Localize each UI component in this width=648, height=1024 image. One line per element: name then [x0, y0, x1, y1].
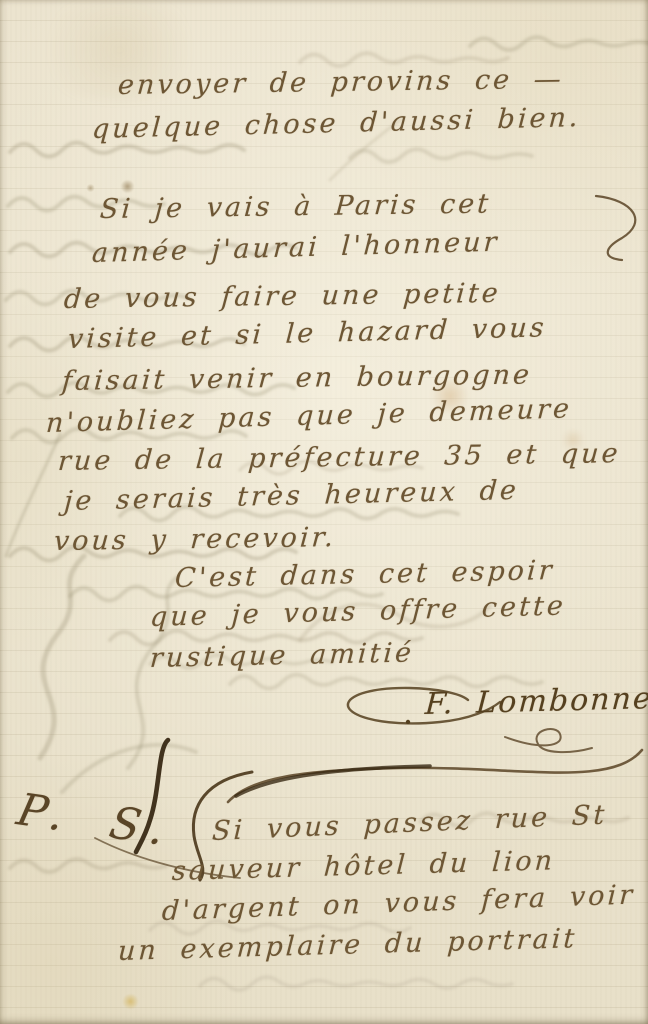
small-stain [86, 184, 95, 192]
postscript-line: un exemplaire du portrait [117, 925, 578, 965]
letter-line: vous y recevoir. [53, 524, 337, 555]
postscript-line: d'argent on vous fera voir [161, 882, 636, 925]
letter-line: envoyer de provins ce — [117, 66, 565, 99]
letter-line: Si je vais à Paris cet [99, 191, 492, 223]
signature: F. Lombonnel [424, 684, 648, 720]
signature-long-sweep [228, 750, 642, 802]
letter-line: faisait venir en bourgogne [61, 361, 533, 395]
signature-long-sweep-dark [236, 766, 430, 796]
postscript-label: P. S. [13, 788, 181, 854]
ink-blot-stain [120, 180, 135, 193]
postscript-line: Si vous passez rue St [211, 802, 607, 845]
letter-line: visite et si le hazard vous [67, 314, 547, 353]
cet-line-end-swash [596, 196, 635, 260]
letter-line: de vous faire une petite [63, 280, 502, 313]
letter-page: envoyer de provins ce — quelque chose d'… [0, 0, 648, 1024]
yellow-foxing-spot [122, 994, 139, 1009]
postscript-line: sauveur hôtel du lion [171, 847, 556, 885]
letter-line: que je vous offre cette [149, 592, 566, 631]
letter-line: n'oubliez pas que je demeure [45, 395, 573, 437]
letter-line: rustique amitié [149, 639, 415, 672]
letter-line: je serais très heureux de [63, 477, 520, 515]
signature-dot [406, 720, 410, 724]
letter-line: rue de la préfecture 35 et que [57, 440, 622, 475]
signature-underline-curl [505, 729, 592, 752]
letter-line: année j'aurai l'honneur [91, 229, 500, 267]
letter-line: C'est dans cet espoir [174, 557, 555, 592]
letter-line: quelque chose d'aussi bien. [91, 104, 581, 143]
